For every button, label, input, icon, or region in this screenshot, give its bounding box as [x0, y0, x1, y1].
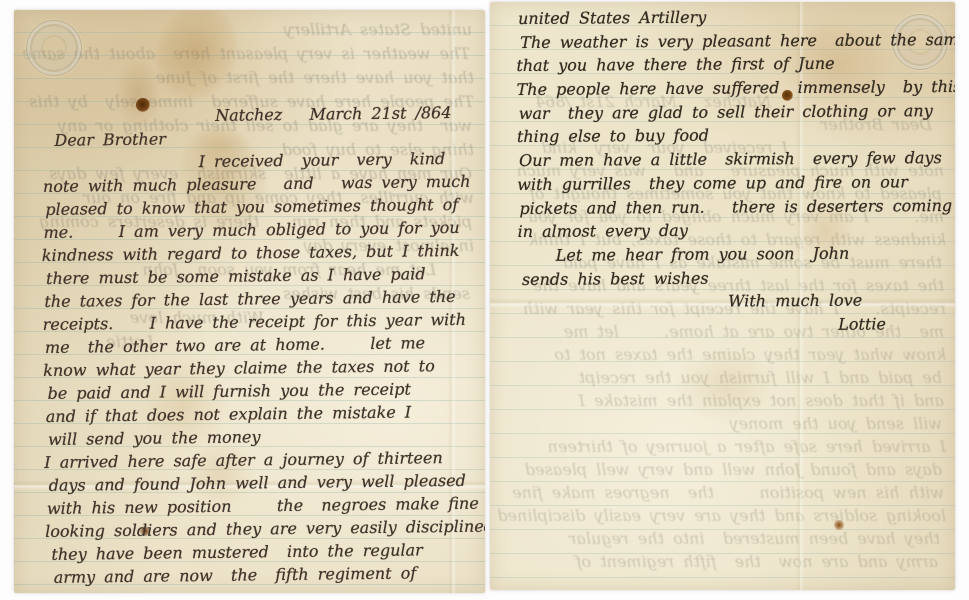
bleed-line: The weather is very pleasant here about … — [36, 42, 474, 66]
bleed-line: and if that does not explain the mistake… — [516, 389, 946, 412]
letter-page-right: Natchez March 21st /864Dear BrotherI rec… — [490, 2, 955, 590]
bleed-line: know what year they claime the taxes not… — [516, 343, 946, 366]
bleed-line: that you have there the first of June — [36, 66, 474, 90]
handwritten-line: army and are now the fifth regiment of — [46, 561, 484, 589]
handwritten-line: pickets and then run. there is deserters… — [517, 193, 949, 220]
handwritten-line: sends his best wishes — [518, 265, 950, 292]
handwritten-line: Lottie — [518, 312, 950, 339]
bleed-line: with his new position the negroes make f… — [516, 481, 946, 504]
handwritten-line: thing else to buy food — [517, 122, 949, 149]
handwritten-text-left: Natchez March 21st /864Dear BrotherI rec… — [40, 101, 484, 589]
handwritten-line: Let me hear from you soon John — [518, 241, 950, 268]
bleed-line: army and are now the fifth regiment of — [516, 550, 946, 573]
bleed-line: will send you the money — [516, 412, 946, 435]
letter-page-left: united States ArtilleryThe weather is ve… — [14, 10, 485, 593]
bleed-line: I arrived here safe after a journey of t… — [516, 435, 946, 458]
handwritten-line: The people here have suffered immensely … — [516, 75, 948, 102]
handwritten-line: that you have there the first of June — [516, 51, 948, 78]
ink-spot — [834, 520, 844, 530]
bleed-line: days and found John well and very well p… — [516, 458, 946, 481]
bleed-line: united States Artillery — [36, 18, 474, 42]
handwritten-line: The weather is very pleasant here about … — [516, 28, 948, 55]
handwritten-line: With much love — [518, 288, 950, 315]
bleed-line: be paid and I will furnish you the recei… — [516, 366, 946, 389]
embossed-seal-icon — [26, 20, 82, 76]
bleed-line: they have been mustered into the regular — [516, 527, 946, 550]
handwritten-line: united States Artillery — [516, 4, 948, 31]
handwritten-line: with gurrilles they come up and fire on … — [517, 170, 949, 197]
handwritten-text-right: united States ArtilleryThe weather is ve… — [516, 4, 950, 339]
bleed-line: looking soldiers and they are very easil… — [516, 504, 946, 527]
handwritten-line: in almost every day — [517, 217, 949, 244]
handwritten-line: war they are glad to sell their clothing… — [517, 99, 949, 126]
letter-scan: united States ArtilleryThe weather is ve… — [0, 0, 969, 600]
handwritten-line: Our men have a little skirmish every few… — [517, 146, 949, 173]
